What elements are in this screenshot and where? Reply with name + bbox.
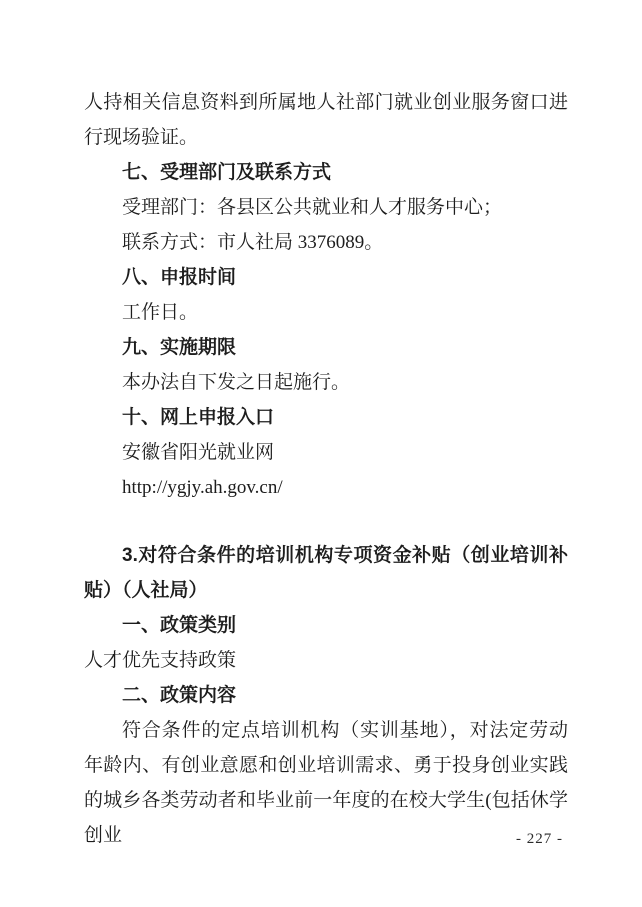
page-number: - 227 -: [516, 830, 563, 848]
heading-10-online-portal: 十、网上申报入口: [84, 400, 568, 435]
line-contact-method: 联系方式：市人社局 3376089。: [84, 225, 568, 260]
page-content: 人持相关信息资料到所属地人社部门就业创业服务窗口进行现场验证。 七、受理部门及联…: [0, 0, 642, 853]
section-spacer: [84, 505, 568, 538]
line-policy-category: 人才优先支持政策: [84, 643, 568, 678]
heading-9-implementation-period: 九、实施期限: [84, 330, 568, 365]
paragraph-policy-content: 符合条件的定点培训机构（实训基地），对法定劳动年龄内、有创业意愿和创业培训需求、…: [84, 713, 568, 853]
document-page: 人持相关信息资料到所属地人社部门就业创业服务窗口进行现场验证。 七、受理部门及联…: [0, 0, 642, 907]
heading-1-policy-category: 一、政策类别: [84, 608, 568, 643]
heading-2-policy-content: 二、政策内容: [84, 678, 568, 713]
heading-7-accept-department: 七、受理部门及联系方式: [84, 155, 568, 190]
paragraph-onsite-verification-tail: 人持相关信息资料到所属地人社部门就业创业服务窗口进行现场验证。: [84, 85, 568, 155]
heading-8-application-time: 八、申报时间: [84, 260, 568, 295]
line-application-time: 工作日。: [84, 295, 568, 330]
line-implementation-period: 本办法自下发之日起施行。: [84, 365, 568, 400]
line-portal-url: http://ygjy.ah.gov.cn/: [84, 470, 568, 505]
section-3-title: 3.对符合条件的培训机构专项资金补贴（创业培训补贴）（人社局）: [84, 538, 568, 608]
line-accept-department: 受理部门：各县区公共就业和人才服务中心；: [84, 190, 568, 225]
line-portal-name: 安徽省阳光就业网: [84, 435, 568, 470]
